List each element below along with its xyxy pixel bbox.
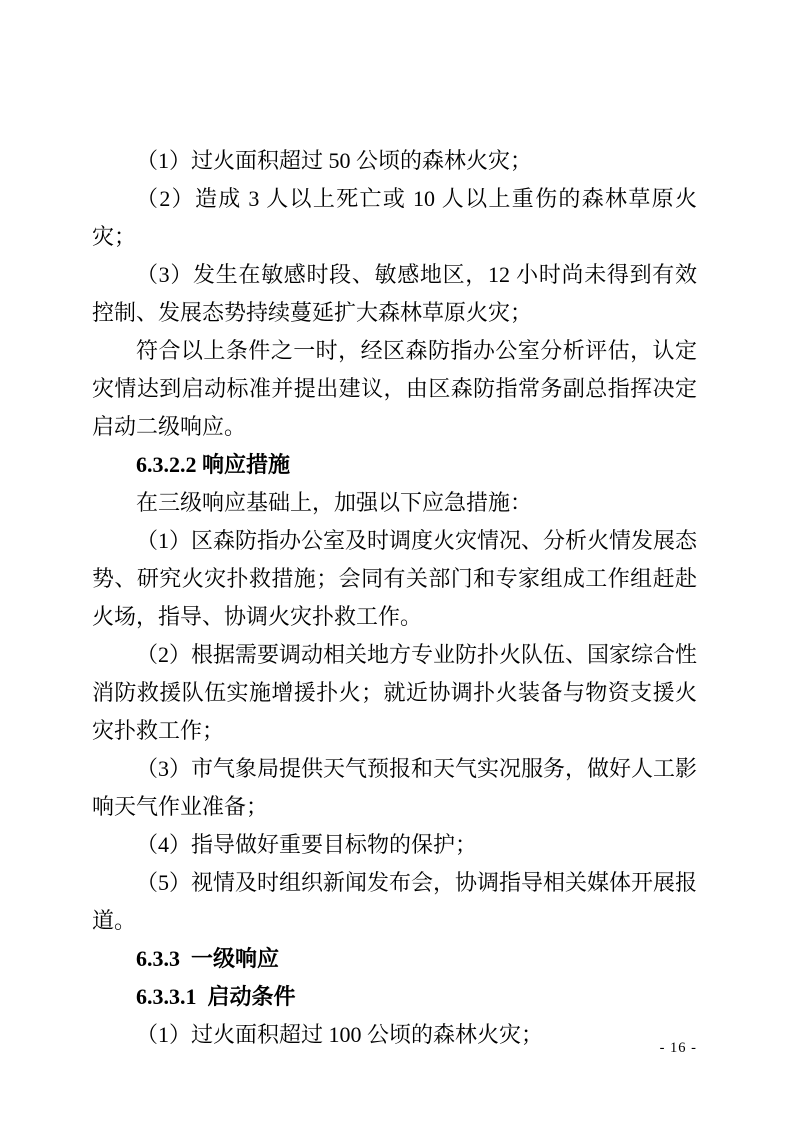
- body-paragraph: 符合以上条件之一时，经区森防指办公室分析评估，认定灾情达到启动标准并提出建议，由…: [92, 332, 697, 446]
- document-body: （1）过火面积超过 50 公顷的森林火灾； （2）造成 3 人以上死亡或 10 …: [0, 0, 793, 1054]
- page-number: - 16 -: [660, 1040, 697, 1057]
- body-paragraph: （5）视情及时组织新闻发布会，协调指导相关媒体开展报道。: [92, 864, 697, 940]
- body-paragraph: （2）根据需要调动相关地方专业防扑火队伍、国家综合性消防救援队伍实施增援扑火；就…: [92, 636, 697, 750]
- body-paragraph: （4）指导做好重要目标物的保护；: [92, 826, 697, 864]
- document-page: （1）过火面积超过 50 公顷的森林火灾； （2）造成 3 人以上死亡或 10 …: [0, 0, 793, 1122]
- section-heading: 6.3.2.2 响应措施: [92, 446, 697, 484]
- body-paragraph: （1）过火面积超过 100 公顷的森林火灾；: [92, 1016, 697, 1054]
- section-heading: 6.3.3 一级响应: [92, 940, 697, 978]
- body-paragraph: （3）市气象局提供天气预报和天气实况服务，做好人工影响天气作业准备；: [92, 750, 697, 826]
- body-paragraph: （1）区森防指办公室及时调度火灾情况、分析火情发展态势、研究火灾扑救措施；会同有…: [92, 522, 697, 636]
- body-paragraph: 在三级响应基础上，加强以下应急措施：: [92, 484, 697, 522]
- body-paragraph: （3）发生在敏感时段、敏感地区，12 小时尚未得到有效控制、发展态势持续蔓延扩大…: [92, 256, 697, 332]
- section-heading: 6.3.3.1 启动条件: [92, 978, 697, 1016]
- body-paragraph: （1）过火面积超过 50 公顷的森林火灾；: [92, 142, 697, 180]
- body-paragraph: （2）造成 3 人以上死亡或 10 人以上重伤的森林草原火灾；: [92, 180, 697, 256]
